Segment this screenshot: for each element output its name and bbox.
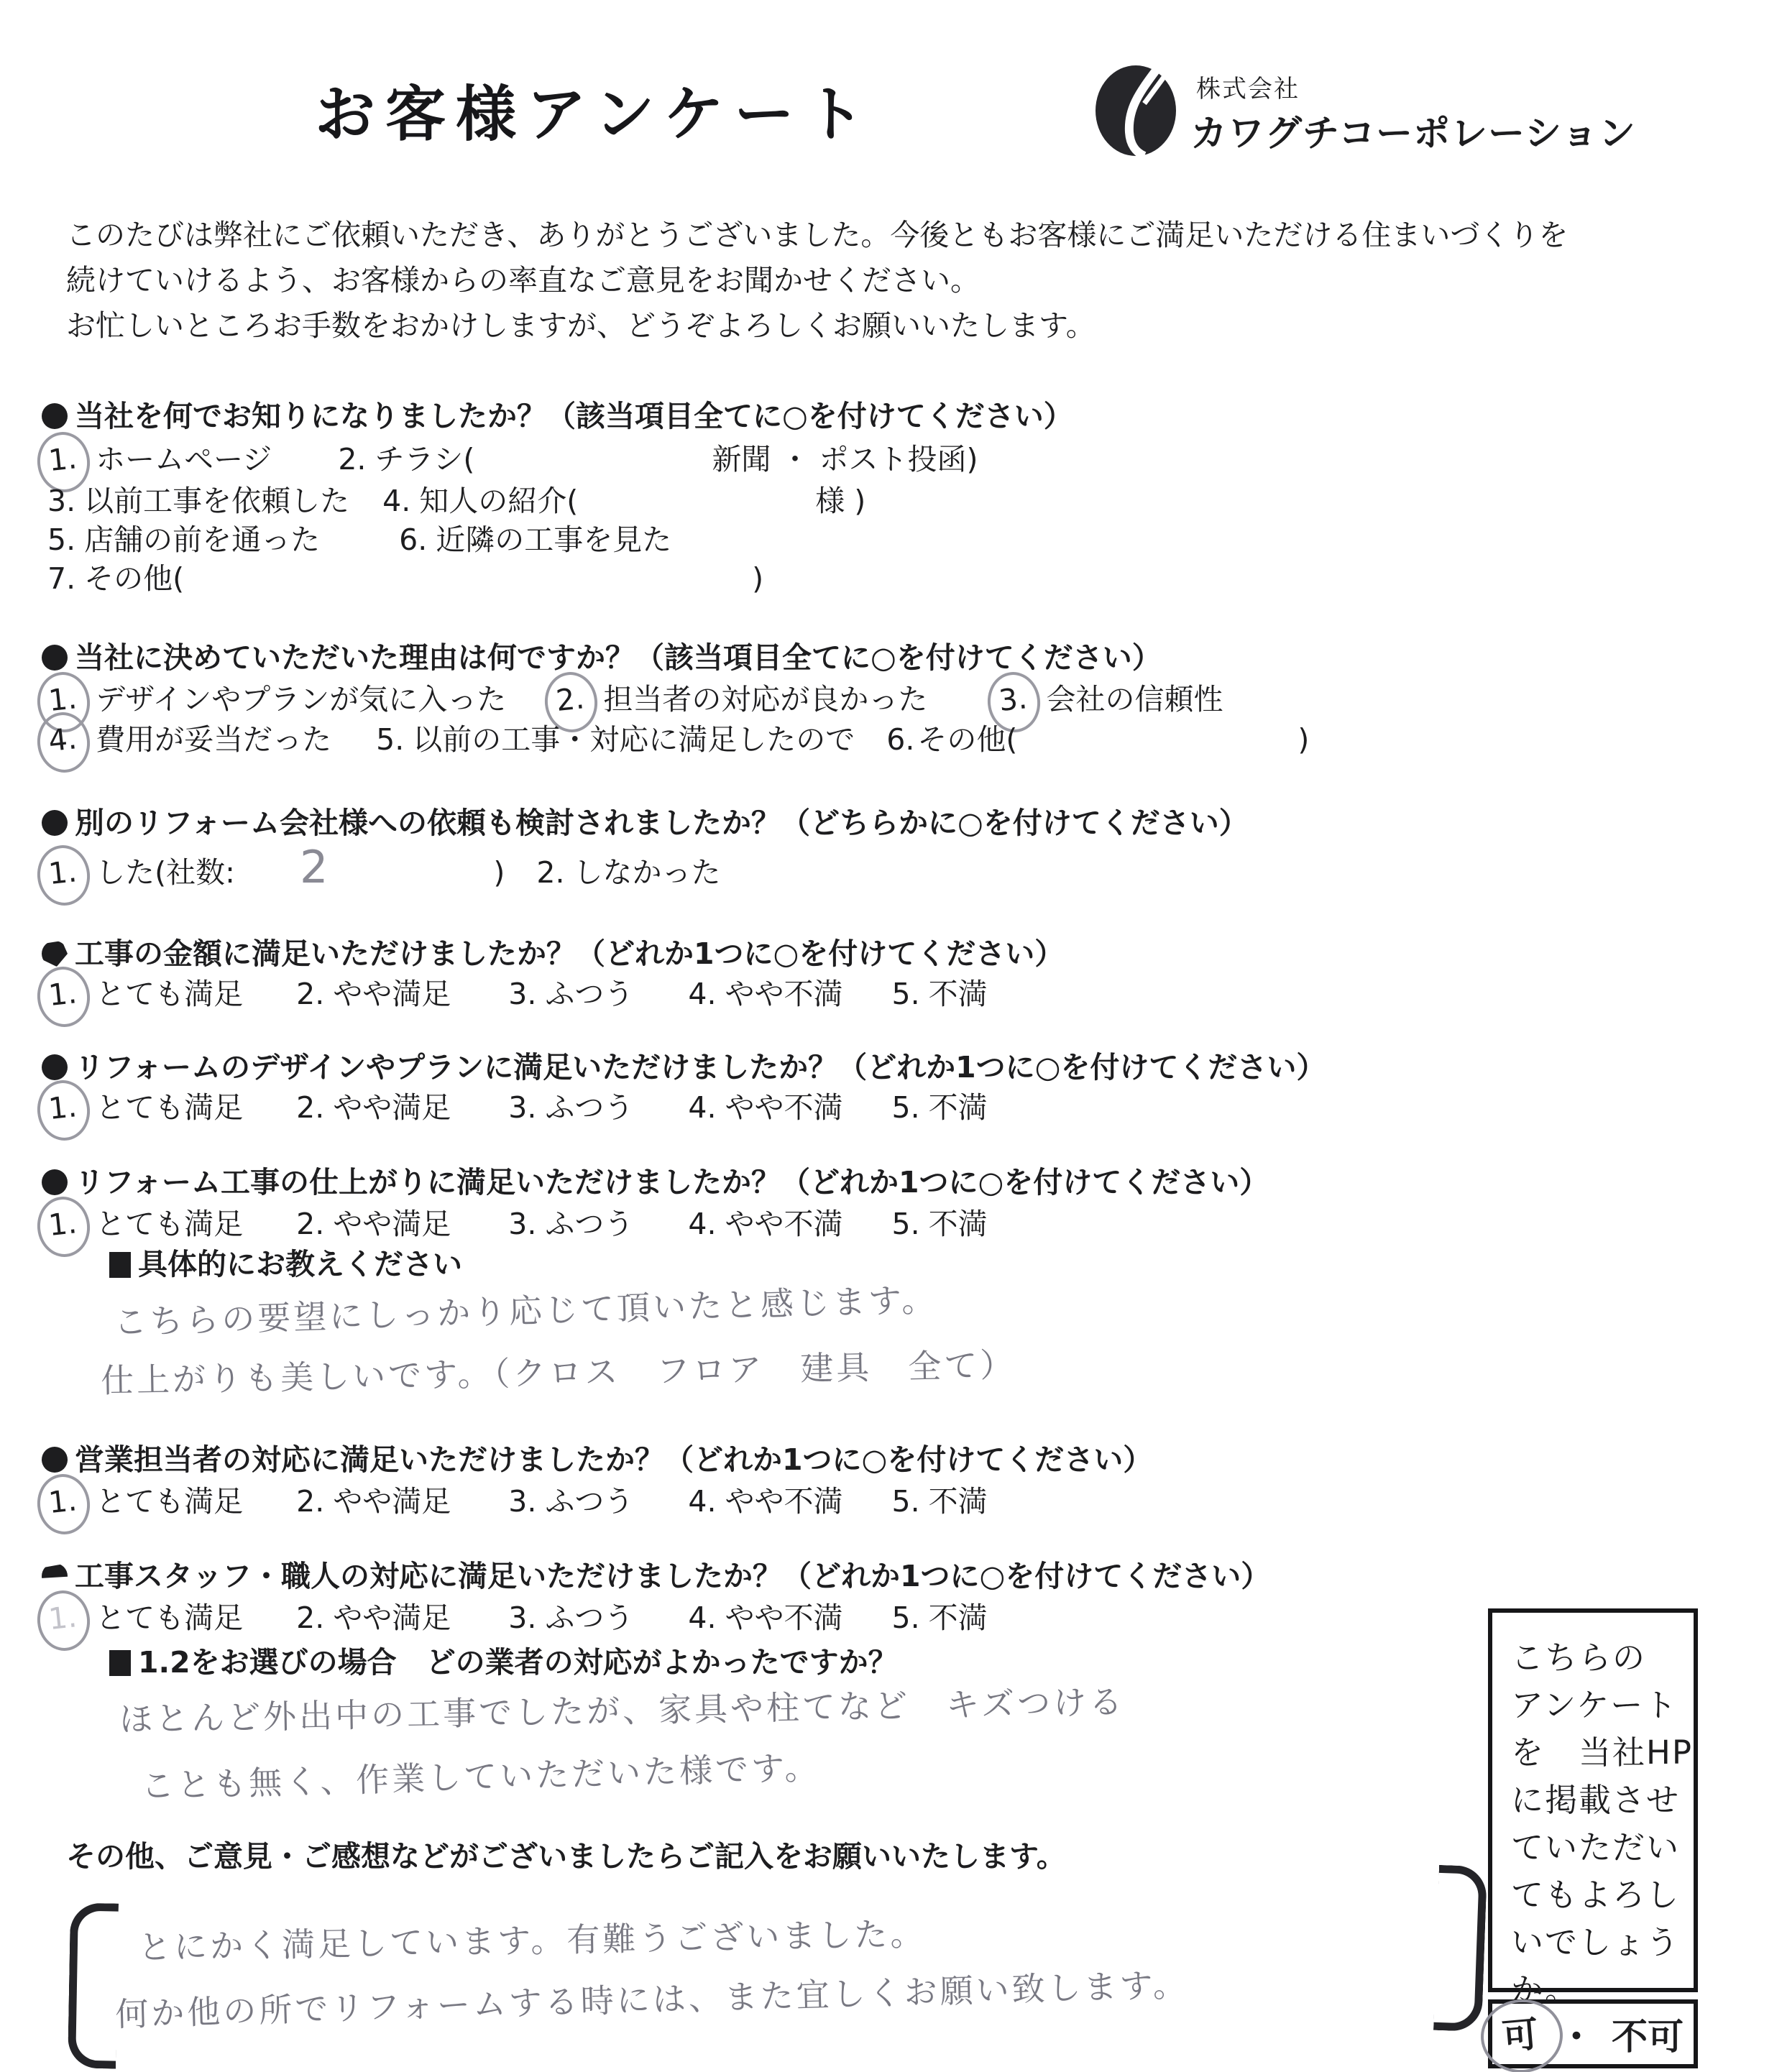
option-label: ) xyxy=(752,561,763,596)
option-label: 不満 xyxy=(929,1207,988,1241)
q8-sub-heading: 1.2をお選びの場合 どの業者の対応がよかったですか？ xyxy=(109,1639,898,1681)
handwritten-circle: 1. xyxy=(35,1194,93,1259)
square-bullet-icon xyxy=(109,1650,131,1676)
q8-handwritten-line-1: ほとんど外出中の工事でしたが、家具や柱てなど キズつける xyxy=(119,1676,1126,1741)
intro-line: 続けていけるよう、お客様からの率直なご意見をお聞かせください。 xyxy=(66,258,1568,303)
q1-heading: 当社を何でお知りになりましたか？（該当項目全てに○を付けてください） xyxy=(42,392,1073,435)
option-number: 4. xyxy=(688,977,716,1011)
q2-row-1: 1.デザインやプランが気に入った2.担当者の対応が良かった3.会社の信頼性 xyxy=(47,676,1223,719)
handwritten-circle: 1. xyxy=(35,964,93,1029)
handwritten-circle: 1. xyxy=(35,1077,93,1143)
option-label: やや不満 xyxy=(725,1484,843,1519)
option-label: 不満 xyxy=(929,1601,988,1635)
option-number: 1. xyxy=(47,1599,78,1636)
hp-box-line: アンケート xyxy=(1511,1682,1694,1729)
logo-mark-icon xyxy=(1093,62,1182,160)
handwritten-circle: 1. xyxy=(35,1588,93,1653)
option-number: 3. xyxy=(508,1090,536,1125)
q5-row: 1.とても満足2.やや満足3.ふつう4.やや不満5.不満 xyxy=(47,1084,988,1128)
handwritten-company-count: 2 xyxy=(300,841,328,893)
company-name: カワグチコーポレーション xyxy=(1190,103,1636,157)
option-label: やや満足 xyxy=(333,1090,451,1125)
separator-dot: ・ xyxy=(1558,2008,1594,2060)
q2-heading-text: 当社に決めていただいた理由は何ですか？（該当項目全てに○を付けてください） xyxy=(75,640,1162,675)
bullet-icon xyxy=(42,1054,68,1080)
option-number: 1. xyxy=(47,1205,78,1243)
hp-permission-box: こちらの アンケート を 当社HP に掲載させ ていただい てもよろし いでしょ… xyxy=(1488,1608,1698,1992)
option-number: 3. xyxy=(508,1601,536,1635)
option-number: 2. xyxy=(296,1207,324,1241)
option-label: その他( xyxy=(84,561,184,596)
option-label: 不満 xyxy=(929,977,988,1011)
intro-line: このたびは弊社にご依頼いただき、ありがとうございました。今後ともお客様にご満足い… xyxy=(66,213,1568,258)
option-label: やや不満 xyxy=(725,1090,843,1125)
option-number: 7. xyxy=(47,561,75,596)
q1-heading-text: 当社を何でお知りになりましたか？（該当項目全てに○を付けてください） xyxy=(75,399,1073,433)
option-label: 近隣の工事を見た xyxy=(436,522,671,557)
option-label: 費用が妥当だった xyxy=(96,722,331,757)
option-label: 様 ) xyxy=(815,484,865,518)
option-label: 店舗の前を通った xyxy=(84,522,320,557)
q1-row-4: 7.その他() xyxy=(47,555,763,597)
option-number: 4. xyxy=(688,1207,716,1241)
page-title: お客様アンケート xyxy=(315,66,875,153)
option-label: した(社数: xyxy=(96,855,235,890)
q6-row: 1.とても満足2.やや満足3.ふつう4.やや不満5.不満 xyxy=(47,1200,988,1244)
hp-box-line: に掲載させ xyxy=(1511,1777,1694,1824)
free-handwritten-line-2: 何か他の所でリフォームする時には、また宜しくお願い致します。 xyxy=(114,1958,1189,2036)
bullet-icon xyxy=(42,1169,68,1195)
option-label: ふつう xyxy=(545,1207,633,1241)
hp-box-line: ていただい xyxy=(1511,1824,1694,1871)
option-number: 1. xyxy=(47,441,78,478)
bullet-icon xyxy=(42,1563,68,1589)
option-number: 1. xyxy=(47,1089,78,1126)
hp-box-line: を 当社HP xyxy=(1511,1729,1694,1777)
q8-heading: 工事スタッフ・職人の対応に満足いただけましたか？（どれか1つに○を付けてください… xyxy=(42,1552,1270,1595)
option-label: やや不満 xyxy=(725,1207,843,1241)
free-handwritten-line-1: とにかく満足しています。有難うございました。 xyxy=(138,1907,927,1969)
option-number: 4. xyxy=(688,1484,716,1519)
option-number: 3. xyxy=(508,977,536,1011)
q1-row-1: 1.ホームページ2.チラシ(新聞 ・ ポスト投函) xyxy=(47,436,978,479)
bullet-icon xyxy=(42,810,68,836)
option-number: 6. xyxy=(886,722,914,757)
option-number: 5. xyxy=(892,1207,920,1241)
option-number: 3. xyxy=(47,484,75,518)
handwritten-left-bracket xyxy=(68,1902,119,2068)
option-label: とても満足 xyxy=(96,977,243,1011)
q7-heading-text: 営業担当者の対応に満足いただけましたか？（どれか1つに○を付けてください） xyxy=(75,1442,1152,1477)
q6-heading-text: リフォーム工事の仕上がりに満足いただけましたか？（どれか1つに○を付けてください… xyxy=(75,1165,1269,1200)
option-label: やや満足 xyxy=(333,1484,451,1519)
hp-box-line: こちらの xyxy=(1511,1634,1694,1682)
option-label: ふつう xyxy=(545,1090,633,1125)
option-number: 6. xyxy=(399,522,427,557)
option-label: やや満足 xyxy=(333,1601,451,1635)
option-number: 2. xyxy=(338,442,366,476)
option-label: ふつう xyxy=(545,1601,633,1635)
option-label: 不満 xyxy=(929,1090,988,1125)
option-label: とても満足 xyxy=(96,1207,243,1241)
q8-heading-text: 工事スタッフ・職人の対応に満足いただけましたか？（どれか1つに○を付けてください… xyxy=(75,1559,1270,1593)
option-number: 2. xyxy=(296,1601,324,1635)
option-number: 4. xyxy=(47,721,78,758)
option-label: ホームページ xyxy=(96,442,272,476)
option-label: その他( xyxy=(917,722,1017,757)
option-label: 以前の工事・対応に満足したので xyxy=(413,722,855,757)
company-logo xyxy=(1093,62,1182,162)
ok-label: 可 xyxy=(1500,2013,1540,2058)
q8-sub-text: 1.2をお選びの場合 どの業者の対応がよかったですか？ xyxy=(138,1645,898,1680)
hp-permission-answer-box: 可 ・ 不可 xyxy=(1488,1999,1698,2068)
option-label: しなかった xyxy=(574,855,721,890)
option-number: 2. xyxy=(296,977,324,1011)
handwritten-right-bracket xyxy=(1433,1865,1487,2032)
option-label: とても満足 xyxy=(96,1090,243,1125)
option-number: 2. xyxy=(536,855,564,890)
option-label: 担当者の対応が良かった xyxy=(603,682,927,717)
option-number: 4. xyxy=(688,1601,716,1635)
handwritten-circle: 可 xyxy=(1478,1996,1566,2072)
q2-heading: 当社に決めていただいた理由は何ですか？（該当項目全てに○を付けてください） xyxy=(42,634,1162,676)
q2-row-2: 4.費用が妥当だった5.以前の工事・対応に満足したので6.その他() xyxy=(47,716,1309,760)
handwritten-circle: 1. xyxy=(35,1471,93,1537)
hp-box-line: てもよろし xyxy=(1511,1871,1694,1919)
q5-heading: リフォームのデザインやプランに満足いただけましたか？（どれか1つに○を付けてくだ… xyxy=(42,1044,1326,1086)
option-label: チラシ( xyxy=(375,442,474,476)
option-number: 2. xyxy=(554,681,586,718)
option-label: やや満足 xyxy=(333,1207,451,1241)
option-number: 4. xyxy=(382,484,410,518)
hp-box-line: いでしょう xyxy=(1511,1919,1694,1966)
company-prefix: 株式会社 xyxy=(1196,69,1300,104)
option-label: ふつう xyxy=(545,977,633,1011)
q1-row-3: 5.店舗の前を通った6.近隣の工事を見た xyxy=(47,516,671,558)
option-number: 2. xyxy=(296,1484,324,1519)
option-number: 5. xyxy=(892,977,920,1011)
option-label: 以前工事を依頼した xyxy=(84,484,349,518)
q7-row: 1.とても満足2.やや満足3.ふつう4.やや不満5.不満 xyxy=(47,1478,988,1521)
option-number: 5. xyxy=(892,1484,920,1519)
option-number: 1. xyxy=(47,1483,78,1520)
option-label: やや満足 xyxy=(333,977,451,1011)
option-label: デザインやプランが気に入った xyxy=(96,682,506,717)
option-number: 5. xyxy=(892,1090,920,1125)
option-label: ) xyxy=(493,855,505,890)
option-label: とても満足 xyxy=(96,1601,243,1635)
option-label: ふつう xyxy=(545,1484,633,1519)
q6-sub-heading: 具体的にお教えください xyxy=(109,1240,462,1283)
option-number: 1. xyxy=(47,975,78,1013)
option-number: 3. xyxy=(508,1484,536,1519)
q6-heading: リフォーム工事の仕上がりに満足いただけましたか？（どれか1つに○を付けてください… xyxy=(42,1159,1269,1201)
option-label: やや不満 xyxy=(725,1601,843,1635)
bullet-icon xyxy=(42,1447,68,1473)
q6-handwritten-line-2: 仕上がりも美しいです。（クロス フロア 建具 全て） xyxy=(101,1339,1016,1402)
option-number: 1. xyxy=(47,854,78,891)
option-number: 3. xyxy=(508,1207,536,1241)
q3-row: 1.した(社数:2)2.しなかった xyxy=(47,841,721,893)
option-label: 不満 xyxy=(929,1484,988,1519)
q7-heading: 営業担当者の対応に満足いただけましたか？（どれか1つに○を付けてください） xyxy=(42,1436,1152,1478)
q8-row: 1.とても満足2.やや満足3.ふつう4.やや不満5.不満 xyxy=(47,1594,988,1638)
bullet-icon xyxy=(42,645,68,671)
option-number: 4. xyxy=(688,1090,716,1125)
q5-heading-text: リフォームのデザインやプランに満足いただけましたか？（どれか1つに○を付けてくだ… xyxy=(75,1050,1326,1085)
scanned-survey-page: お客様アンケート 株式会社 カワグチコーポレーション このたびは弊社にご依頼いた… xyxy=(0,0,1782,2072)
option-number: 2. xyxy=(296,1090,324,1125)
ng-label: 不可 xyxy=(1612,2008,1684,2060)
intro-line: お忙しいところお手数をおかけしますが、どうぞよろしくお願いいたします。 xyxy=(66,303,1568,349)
q1-row-2: 3.以前工事を依頼した4.知人の紹介(様 ) xyxy=(47,477,865,520)
square-bullet-icon xyxy=(109,1252,131,1278)
q6-handwritten-line-1: こちらの要望にしっかり応じて頂いたと感じます。 xyxy=(113,1274,938,1344)
option-number: 5. xyxy=(376,722,404,757)
q4-heading-text: 工事の金額に満足いただけましたか？（どれか1つに○を付けてください） xyxy=(75,936,1064,971)
handwritten-circle: 1. xyxy=(35,842,93,908)
option-label: とても満足 xyxy=(96,1484,243,1519)
bullet-icon xyxy=(42,403,68,429)
intro-text: このたびは弊社にご依頼いただき、ありがとうございました。今後ともお客様にご満足い… xyxy=(66,213,1568,349)
q4-row: 1.とても満足2.やや満足3.ふつう4.やや不満5.不満 xyxy=(47,970,988,1014)
q8-handwritten-line-2: ことも無く、作業していただいた様です。 xyxy=(140,1741,821,1808)
option-label: ) xyxy=(1298,722,1309,757)
option-number: 3. xyxy=(998,681,1029,718)
bullet-icon xyxy=(42,941,68,967)
q3-heading: 別のリフォーム会社様への依頼も検討されましたか？（どちらかに○を付けてください） xyxy=(42,799,1249,842)
option-label: 知人の紹介( xyxy=(419,484,578,518)
option-label: やや不満 xyxy=(725,977,843,1011)
free-comment-heading: その他、ご意見・ご感想などがございましたらご記入をお願いいたします。 xyxy=(66,1833,1066,1875)
q6-sub-text: 具体的にお教えください xyxy=(138,1247,462,1281)
option-label: 会社の信頼性 xyxy=(1047,682,1223,717)
option-number: 5. xyxy=(47,522,75,557)
q4-heading: 工事の金額に満足いただけましたか？（どれか1つに○を付けてください） xyxy=(42,930,1064,972)
q3-heading-text: 別のリフォーム会社様への依頼も検討されましたか？（どちらかに○を付けてください） xyxy=(75,806,1249,840)
option-number: 5. xyxy=(892,1601,920,1635)
option-label: 新聞 ・ ポスト投函) xyxy=(712,442,978,476)
